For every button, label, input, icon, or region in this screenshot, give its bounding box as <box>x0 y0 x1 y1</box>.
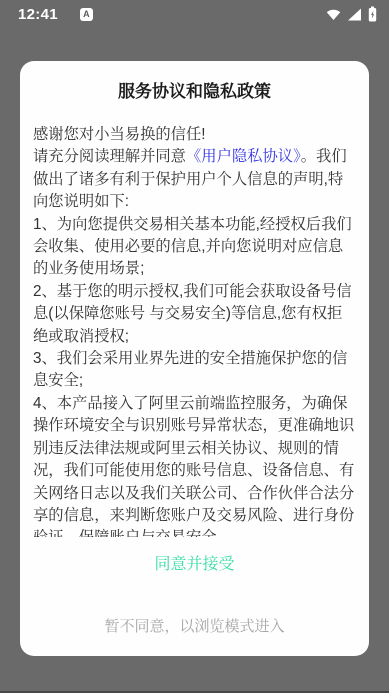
clock-text: 12:41 <box>18 6 58 23</box>
policy-text-scroll-area[interactable]: 感谢您对小当易换的信任! 请充分阅读理解并同意《用户隐私协议》。我们做出了诸多有… <box>33 124 356 537</box>
cellular-signal-icon <box>347 8 362 21</box>
notification-app-icon: A <box>80 8 93 21</box>
notification-app-letter: A <box>83 10 90 19</box>
policy-item-1: 1、为向您提供交易相关基本功能,经授权后我们会收集、使用必要的信息,并向您说明对… <box>33 214 356 281</box>
policy-greeting: 感谢您对小当易换的信任! <box>33 124 356 146</box>
privacy-agreement-link[interactable]: 《用户隐私协议》 <box>186 148 301 165</box>
policy-item-4: 4、本产品接入了阿里云前端监控服务，为确保操作环境安全与识别账号异常状态，更准确… <box>33 393 356 537</box>
policy-item-4-clipped: 验证、保障账户与交易安全。 <box>33 529 232 537</box>
battery-charging-icon <box>368 6 377 22</box>
dialog-title: 服务协议和隐私政策 <box>20 80 369 104</box>
policy-item-2: 2、基于您的明示授权,我们可能会获取设备号信息(以保障您账号 与交易安全)等信息… <box>33 281 356 348</box>
status-bar: 12:41 A <box>0 0 389 28</box>
policy-intro-prefix: 请充分阅读理解并同意 <box>33 148 186 165</box>
status-bar-right <box>326 6 377 22</box>
decline-browse-mode-button[interactable]: 暂不同意，以浏览模式进入 <box>20 616 369 637</box>
agree-button[interactable]: 同意并接受 <box>20 554 369 576</box>
policy-intro: 请充分阅读理解并同意《用户隐私协议》。我们做出了诸多有利于保护用户个人信息的声明… <box>33 146 356 213</box>
wifi-icon <box>326 8 341 21</box>
privacy-policy-dialog: 服务协议和隐私政策 感谢您对小当易换的信任! 请充分阅读理解并同意《用户隐私协议… <box>20 61 369 656</box>
policy-item-3: 3、我们会采用业界先进的安全措施保护您的信息安全; <box>33 348 356 393</box>
